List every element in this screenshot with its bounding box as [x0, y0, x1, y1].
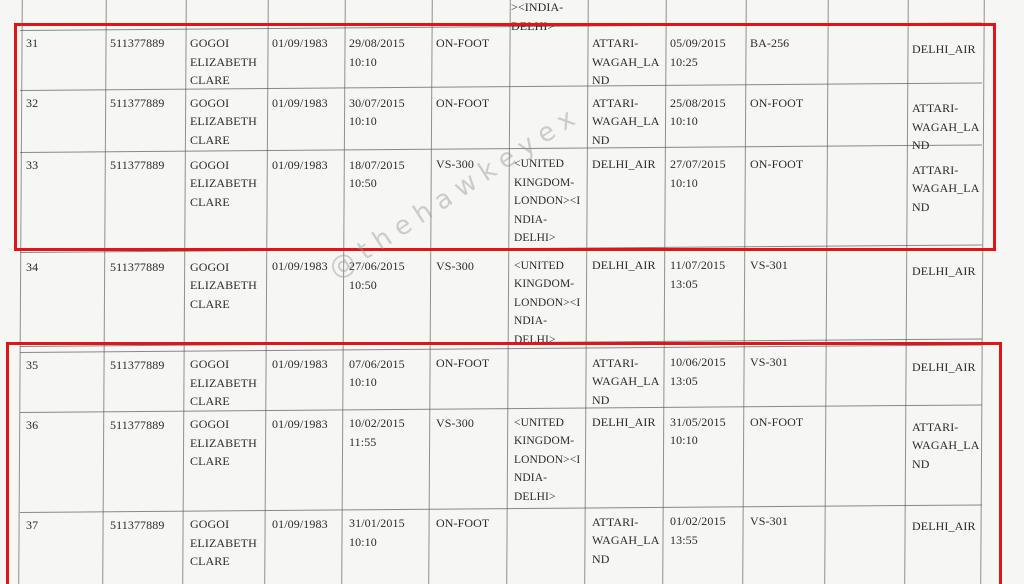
cell-sno: 32: [26, 94, 38, 113]
cell-arrival-port: DELHI_AIR: [592, 413, 656, 432]
cell-sno: 37: [26, 516, 38, 535]
cell-dob: 01/09/1983: [272, 515, 328, 534]
cell-id: 511377889: [110, 356, 164, 375]
cell-departure-port: ATTARI- WAGAH_LA ND: [912, 99, 979, 155]
row-rule: [20, 22, 982, 31]
cell-name: GOGOI ELIZABETH CLARE: [190, 94, 257, 150]
cell-departure-flight: BA-256: [750, 34, 789, 53]
cell-name: GOGOI ELIZABETH CLARE: [190, 258, 257, 314]
cell-departure-port: DELHI_AIR: [912, 517, 976, 536]
cell-route: <UNITED KINGDOM- LONDON><I NDIA- DELHI>: [514, 155, 580, 248]
cell-departure-flight: VS-301: [750, 353, 788, 372]
cell-departure-flight: ON-FOOT: [750, 413, 803, 432]
cell-arrival-port: ATTARI- WAGAH_LA ND: [592, 354, 659, 410]
cell-arrival-port: ATTARI- WAGAH_LA ND: [592, 34, 659, 90]
cell-dob: 01/09/1983: [272, 34, 328, 53]
cell-departure-datetime: 27/07/2015 10:10: [670, 155, 726, 192]
cell-sno: 31: [26, 34, 38, 53]
cell-dob: 01/09/1983: [272, 355, 328, 374]
cell-arrival-datetime: 30/07/2015 10:10: [349, 94, 405, 131]
cell-arrival-flight: VS-300: [436, 257, 474, 276]
cell-departure-datetime: 31/05/2015 10:10: [670, 413, 726, 450]
cell-arrival-datetime: 29/08/2015 10:10: [349, 34, 405, 71]
cell-arrival-datetime: 07/06/2015 10:10: [349, 355, 405, 392]
cell-departure-datetime: 05/09/2015 10:25: [670, 34, 726, 71]
cell-departure-flight: ON-FOOT: [750, 94, 803, 113]
cell-id: 511377889: [110, 156, 164, 175]
column-rule: [18, 0, 23, 584]
cell-id: 511377889: [110, 416, 164, 435]
column-rule: [824, 0, 829, 584]
cell-departure-datetime: 11/07/2015 13:05: [670, 256, 725, 293]
row-rule: [20, 504, 982, 513]
column-rule: [182, 0, 187, 584]
cell-departure-port: DELHI_AIR: [912, 358, 976, 377]
cell-departure-datetime: 25/08/2015 10:10: [670, 94, 726, 131]
cell-dob: 01/09/1983: [272, 94, 328, 113]
cell-name: GOGOI ELIZABETH CLARE: [190, 355, 257, 411]
cell-arrival-datetime: 10/02/2015 11:55: [349, 414, 405, 451]
column-rule: [980, 0, 985, 584]
scanned-document-page: 31511377889GOGOI ELIZABETH CLARE01/09/19…: [0, 0, 1024, 584]
column-rule: [584, 0, 589, 584]
cell-id: 511377889: [110, 34, 164, 53]
highlight-box-rows-35-37: [6, 342, 1002, 584]
cell-sno: 33: [26, 156, 38, 175]
highlight-box-rows-31-33: [14, 23, 996, 251]
column-rule: [904, 0, 909, 584]
cell-sno: 34: [26, 258, 38, 277]
column-rule: [102, 0, 107, 584]
cell-name: GOGOI ELIZABETH CLARE: [190, 156, 257, 212]
column-rule: [662, 0, 667, 584]
cell-arrival-datetime: 31/01/2015 10:10: [349, 514, 405, 551]
cell-arrival-flight: VS-300: [436, 414, 474, 433]
cell-arrival-port: ATTARI- WAGAH_LA ND: [592, 513, 659, 569]
cell-departure-flight: VS-301: [750, 256, 788, 275]
cell-departure-datetime: 01/02/2015 13:55: [670, 512, 726, 549]
cell-dob: 01/09/1983: [272, 156, 328, 175]
row-rule: [20, 244, 982, 253]
cell-departure-port: ATTARI- WAGAH_LA ND: [912, 161, 979, 217]
column-rule: [506, 0, 511, 584]
partial-route-fragment: ><INDIA- DELHI>: [511, 0, 563, 35]
cell-departure-datetime: 10/06/2015 13:05: [670, 353, 726, 390]
cell-name: GOGOI ELIZABETH CLARE: [190, 515, 257, 571]
cell-arrival-flight: ON-FOOT: [436, 34, 489, 53]
cell-sno: 35: [26, 356, 38, 375]
cell-dob: 01/09/1983: [272, 415, 328, 434]
cell-dob: 01/09/1983: [272, 257, 328, 276]
cell-departure-flight: VS-301: [750, 512, 788, 531]
cell-arrival-port: DELHI_AIR: [592, 155, 656, 174]
cell-name: GOGOI ELIZABETH CLARE: [190, 415, 257, 471]
cell-departure-port: ATTARI- WAGAH_LA ND: [912, 418, 979, 474]
cell-name: GOGOI ELIZABETH CLARE: [190, 34, 257, 90]
cell-id: 511377889: [110, 94, 164, 113]
cell-departure-flight: ON-FOOT: [750, 155, 803, 174]
column-rule: [742, 0, 747, 584]
cell-route: <UNITED KINGDOM- LONDON><I NDIA- DELHI>: [514, 414, 580, 507]
cell-arrival-flight: ON-FOOT: [436, 514, 489, 533]
cell-id: 511377889: [110, 516, 164, 535]
cell-sno: 36: [26, 416, 38, 435]
cell-route: <UNITED KINGDOM- LONDON><I NDIA- DELHI>: [514, 257, 580, 350]
cell-id: 511377889: [110, 258, 164, 277]
row-rule: [20, 82, 982, 91]
row-rule: [20, 404, 982, 413]
cell-arrival-datetime: 18/07/2015 10:50: [349, 156, 405, 193]
cell-departure-port: DELHI_AIR: [912, 40, 976, 59]
cell-arrival-flight: ON-FOOT: [436, 354, 489, 373]
cell-departure-port: DELHI_AIR: [912, 262, 976, 281]
cell-arrival-port: DELHI_AIR: [592, 256, 656, 275]
cell-arrival-flight: ON-FOOT: [436, 94, 489, 113]
cell-arrival-port: ATTARI- WAGAH_LA ND: [592, 94, 659, 150]
